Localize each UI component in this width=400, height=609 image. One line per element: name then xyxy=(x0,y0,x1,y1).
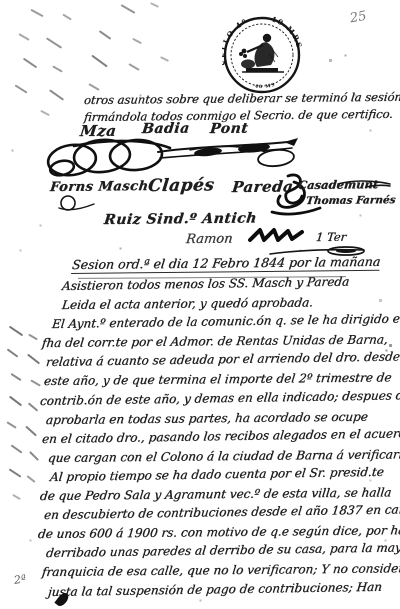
signature-secretary: Ramon xyxy=(185,232,233,247)
manuscript-page: 25 SELLO 4º 40 MRS 40 MS xyxy=(0,0,400,609)
right-signature-stroke-icon xyxy=(336,176,392,190)
body-line: Asistieron todos menos los SS. Masch y P… xyxy=(62,279,394,298)
seal-stamp-icon: SELLO 4º 40 MRS 40 MS xyxy=(222,14,302,96)
body-line: justa la tal suspensión de pago de contr… xyxy=(48,585,394,604)
svg-text:40 MS: 40 MS xyxy=(254,81,276,90)
seal-bottom-text: 40 MS xyxy=(254,81,276,90)
margin-note: 2ª xyxy=(13,572,27,587)
seal-right-text: 40 MRS xyxy=(270,14,302,50)
secretary-suffix: 1 Ter xyxy=(315,230,347,244)
page-number: 25 xyxy=(349,9,368,27)
small-rubric-icon xyxy=(56,192,96,214)
signature-clapes: Clapés xyxy=(147,175,216,196)
signature-thomas-farnes: Thomas Farnés xyxy=(305,194,396,207)
signature-sindic: Ruiz Sind.º Antich xyxy=(103,210,258,228)
svg-text:40 MRS: 40 MRS xyxy=(270,14,302,50)
session-heading: Sesion ord.ª el dia 12 Febro 1844 por la… xyxy=(72,257,380,274)
seal-left-text: SELLO 4º xyxy=(222,17,249,66)
svg-text:SELLO 4º: SELLO 4º xyxy=(222,17,249,66)
paper-speckles xyxy=(0,0,1,1)
session-body: Asistieron todos menos los SS. Masch y P… xyxy=(34,279,394,604)
